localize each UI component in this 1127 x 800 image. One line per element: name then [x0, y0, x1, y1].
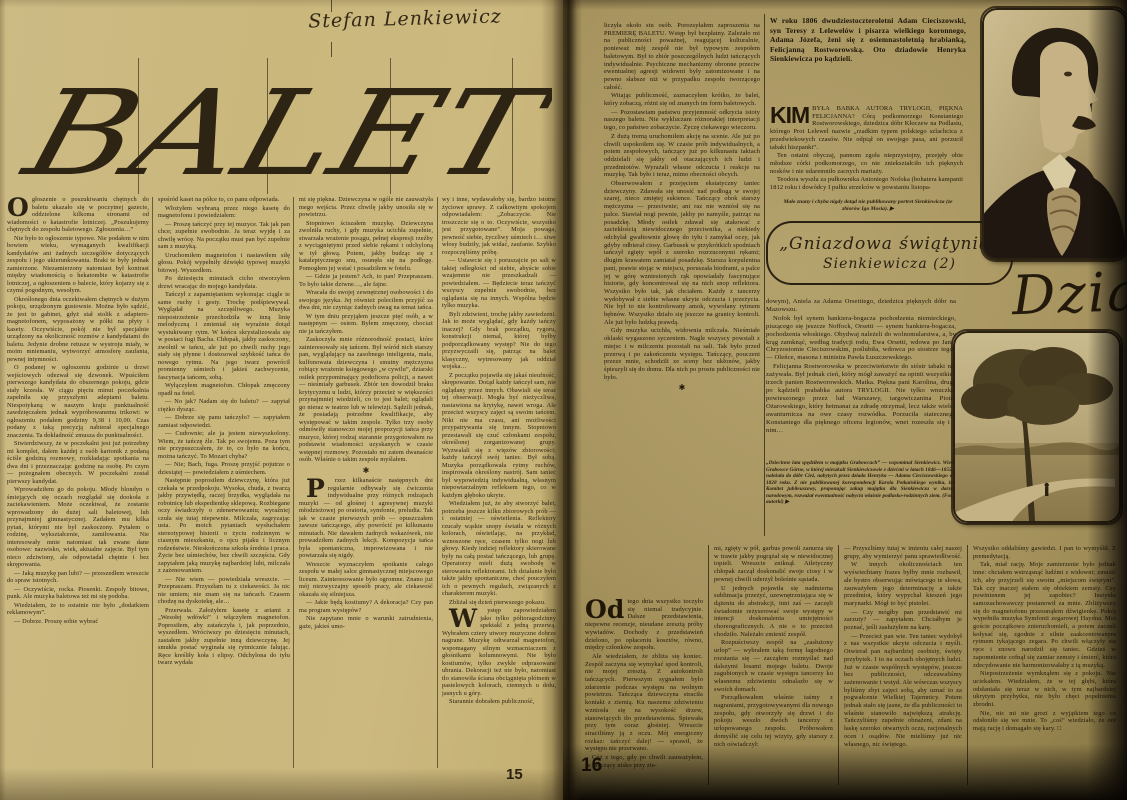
paragraph: Nie zapytano mnie o warunki zatrudnienia…	[299, 615, 433, 630]
paragraph-dropcap: Przez kilkanaście następnych dni regular…	[299, 477, 433, 560]
bottom-column-3: — Przyszliśmy tutaj w imieniu całej nasz…	[844, 545, 962, 786]
drop-cap: Od	[585, 598, 627, 620]
page-right: liczyła około stu osób. Porozsyłałem zap…	[563, 0, 1127, 800]
column-4: wy i inne, wydawałoby się, bardzo istotn…	[442, 196, 556, 770]
author-signature: Stefan Lenkiewicz	[295, 5, 516, 33]
paragraph: Z dużą tremą uruchomiłem akcję na scenie…	[604, 133, 760, 179]
right-column-1: liczyła około stu osób. Porozsyłałem zap…	[604, 22, 760, 538]
drop-cap: KIM	[770, 105, 812, 125]
paragraph: U jednych pojawiła się nadmierna sublima…	[714, 585, 833, 639]
paragraph-dropcap: Odtego dnia wszystko toczyło się niemal …	[585, 598, 703, 652]
paragraph: Felicjanna Rostworowska w przeciwieństwi…	[766, 363, 956, 434]
paragraph: Wprowadziłem go do pokoju. Młody blondyn…	[7, 486, 149, 569]
section-heading-line1: „Gniazdowa świątynia”	[779, 234, 1000, 254]
paragraph: ✱	[299, 467, 433, 475]
paragraph: Witając publiczność, zaznaczyłem krótko,…	[604, 92, 760, 107]
paragraph: Włożyłem wybraną przez niego kasetę do m…	[158, 205, 290, 220]
column-3: mi się piękna. Dziewczyna w ogóle nie za…	[299, 196, 433, 770]
section-heading-box: „Gniazdowa świątynia” Sienkiewicza (2)	[766, 221, 1013, 285]
column-1: Ogłoszenie o poszukiwaniu chętnych do ba…	[7, 196, 149, 770]
paragraph: dowym), Aniela za Adama Orsettiego, dzie…	[766, 298, 956, 314]
paragraph: Tak, miał rację. Moje zamierzenie było j…	[973, 561, 1116, 669]
paragraph: — Dobrze. Proszę sobie wybrać	[7, 618, 149, 626]
section-heading-line2: Sienkiewicza (2)	[823, 256, 956, 272]
paragraph: Obserwowałem z przejęciem ekstatyczny ta…	[604, 180, 760, 326]
paragraph: ✱	[604, 384, 760, 392]
column-rule	[764, 14, 765, 536]
column-rule	[838, 545, 839, 785]
paragraph: wy i inne, wydawałoby się, bardzo istotn…	[442, 196, 556, 256]
paragraph: Wiedziałem już, że aby stworzyć balet, p…	[442, 500, 556, 598]
paragraph: — Przyszliśmy tutaj w imieniu całej nasz…	[844, 545, 962, 560]
paragraph: Wreszcie wyznaczyłem spotkanie całego ze…	[299, 561, 433, 599]
paragraph: W tym dniu przyjąłem jeszcze pięć osób, …	[299, 313, 433, 336]
paragraph: Zbliżał się dzień pierwszego pokazu.	[442, 599, 556, 607]
script-title-dziad: Dziad	[1011, 260, 1127, 327]
column-rule	[293, 197, 294, 768]
paragraph: Określonego dnia oczekiwałem chętnych w …	[7, 296, 149, 364]
paragraph: Ten ostatni obyczaj, pannom zgoła nieprz…	[770, 152, 963, 175]
paragraph: Teodora wyszła za pułkownika Antoniego N…	[770, 176, 963, 191]
magazine-spread: Stefan Lenkiewicz BALET Ogłoszenie o pos…	[0, 0, 1127, 800]
paragraph: W innych okolicznościach ten wyświechtan…	[844, 561, 962, 607]
paragraph: Następnie poprosiłem dziewczynę, która j…	[158, 477, 290, 575]
paragraph: — Czy mógłby pan przedstawić mi zarzuty?…	[844, 609, 962, 632]
paragraph: Z początku pojawiła się jakaś nieufność,…	[442, 372, 556, 500]
paragraph: Byli zdziwieni, trochę jakby zawiedzeni.…	[442, 311, 556, 371]
page-left: Stefan Lenkiewicz BALET Ogłoszenie o pos…	[0, 0, 563, 800]
walking-figure	[1045, 483, 1049, 496]
paragraph: O podanej w ogłoszeniu godzinie u drzwi …	[7, 364, 149, 439]
paragraph: Tańczył z zapamiętaniem wykonując ciągle…	[158, 291, 290, 381]
page-number-15: 15	[506, 766, 523, 783]
drop-cap: O	[7, 196, 32, 218]
landscape-caption: „Dziecinne lata spędziłem w majątku Grab…	[766, 460, 953, 506]
paragraph: Nie, nic mi nie grozi z wyjątkiem tego c…	[973, 710, 1116, 733]
column-2: spośród kaset na półce to, co panu odpow…	[158, 196, 290, 770]
paragraph: Ale wiedziałem, że zbliża się koniec. Ze…	[585, 653, 703, 753]
article-title-calligraphy: BALET	[12, 56, 552, 198]
paragraph: — Gdzie ja jestem? Ach, to pan! Przepras…	[299, 273, 433, 288]
paragraph: Nofok był synem bankiera-bogacza pochodz…	[766, 315, 956, 362]
paragraph: — Przecież pan wie. Ten taniec wydobył z…	[844, 633, 962, 749]
paragraph: liczyła około stu osób. Porozsyłałem zap…	[604, 22, 760, 91]
paragraph-dropcap: KIMBYŁA BABKA AUTORA TRYLOGII, PIĘKNA FE…	[770, 105, 963, 151]
article-title: BALET	[12, 65, 552, 198]
paragraph: — Dobrze się panu tańczyło? — zapytałem …	[158, 414, 290, 429]
portrait-photo	[982, 8, 1127, 260]
paragraph: mi, zgięty w pół, garbus powoli zanurza …	[714, 545, 833, 584]
column-rule	[331, 42, 332, 57]
paragraph: Przerwała. Założyłem kasetę z ariami z „…	[158, 607, 290, 667]
paragraph: Rozpuściwszy zespół na „zasłużony urlop”…	[714, 639, 833, 693]
kim-paragraph-block: KIMBYŁA BABKA AUTORA TRYLOGII, PIĘKNA FE…	[770, 105, 963, 198]
column-rule	[967, 545, 968, 785]
paragraph: — Nie wiem — powiedziała wreszcie. — Prz…	[158, 576, 290, 606]
portrait-caption: Mało znany i chyba nigdy dotąd nie publi…	[774, 199, 962, 213]
paragraph: Wracała do swojej zewnętrznej osobowości…	[299, 289, 433, 312]
landscape-photo	[953, 331, 1121, 523]
paragraph-dropcap: Ogłoszenie o poszukiwaniu chętnych do ba…	[7, 196, 149, 234]
paragraph: Po dziesięciu minutach cicho otworzyłem …	[158, 275, 290, 290]
middle-column: dowym), Aniela za Adama Orsettiego, dzie…	[766, 298, 956, 458]
paragraph: Gdy muzyka ucichła, widownia milczała. N…	[604, 327, 760, 381]
column-rule	[708, 545, 709, 785]
paragraph: Wyłączyłem magnetofon. Chłopak zmęczony …	[158, 382, 290, 397]
paragraph: Stopniowo ściszałem muzykę. Dziewczyna z…	[299, 220, 433, 273]
paragraph: — Proszę tańczyć przy tej muzyce. Tak ja…	[158, 221, 290, 251]
paragraph: Wiedziałem, że to ostatnie nie było „dod…	[7, 602, 149, 617]
lead-paragraph-bold: W roku 1806 dwudziestoczteroletni Adam C…	[770, 16, 966, 64]
column-rule	[152, 197, 153, 768]
bottom-column-1: Odtego dnia wszystko toczyło się niemal …	[585, 598, 703, 786]
paragraph: Starannie dobrałem publiczność,	[442, 698, 556, 706]
paragraph: Zaskoczyła mnie różnorodność postaci, kt…	[299, 336, 433, 464]
paragraph: — Nie; Bach, fuga. Proszę przyjść pojutr…	[158, 461, 290, 476]
paragraph: — No jak? Nadam się do baletu? — zapytał…	[158, 398, 290, 413]
paragraph: — Cudownie; ale ja jestem niewyszkolony.…	[158, 430, 290, 460]
paragraph: Niepostrzeżenie wymknąłem się z pokoju. …	[973, 670, 1116, 709]
paragraph: — Pozostawiam państwu przyjemność odkryc…	[604, 109, 760, 132]
paragraph: mi się piękna. Dziewczyna w ogóle nie za…	[299, 196, 433, 219]
page-number-16: 16	[581, 755, 602, 777]
drop-cap: P	[299, 477, 328, 499]
paragraph: Uruchomiłem magnetofon i nastawiłem siłę…	[158, 252, 290, 275]
paragraph: Stwierdziwszy, że w poczekalni jest już …	[7, 440, 149, 485]
bottom-column-2: mi, zgięty w pół, garbus powoli zanurza …	[714, 545, 833, 786]
paragraph: Porządkowałem właśnie taśmy z nagraniami…	[714, 694, 833, 748]
paragraph-dropcap: Występ zapowiedziałem jako tylko półtora…	[442, 607, 556, 697]
paragraph: Wszystko oddaliśmy gawiedzi. I pan to wy…	[973, 545, 1116, 560]
drop-cap: W	[442, 607, 480, 629]
bottom-column-4: Wszystko oddaliśmy gawiedzi. I pan to wy…	[973, 545, 1116, 786]
paragraph: Nie było to ogłoszenie typowe. Nie podał…	[7, 235, 149, 295]
paragraph: — Ustawcie się i poruszajcie po sali w t…	[442, 257, 556, 310]
paragraph: — Oczywiście, rocka. Piosenki. Zespoły b…	[7, 586, 149, 601]
paragraph: — Jaką muzykę pan lubi? — przeszedłem wr…	[7, 570, 149, 585]
paragraph: Cóż z tego, gdy po chwili zauważyłem, że…	[585, 754, 703, 769]
column-rule	[437, 197, 438, 768]
paragraph: — Jakie będą kostiumy? A dekoracja? Czy …	[299, 599, 433, 614]
paragraph: spośród kaset na półce to, co panu odpow…	[158, 196, 290, 204]
